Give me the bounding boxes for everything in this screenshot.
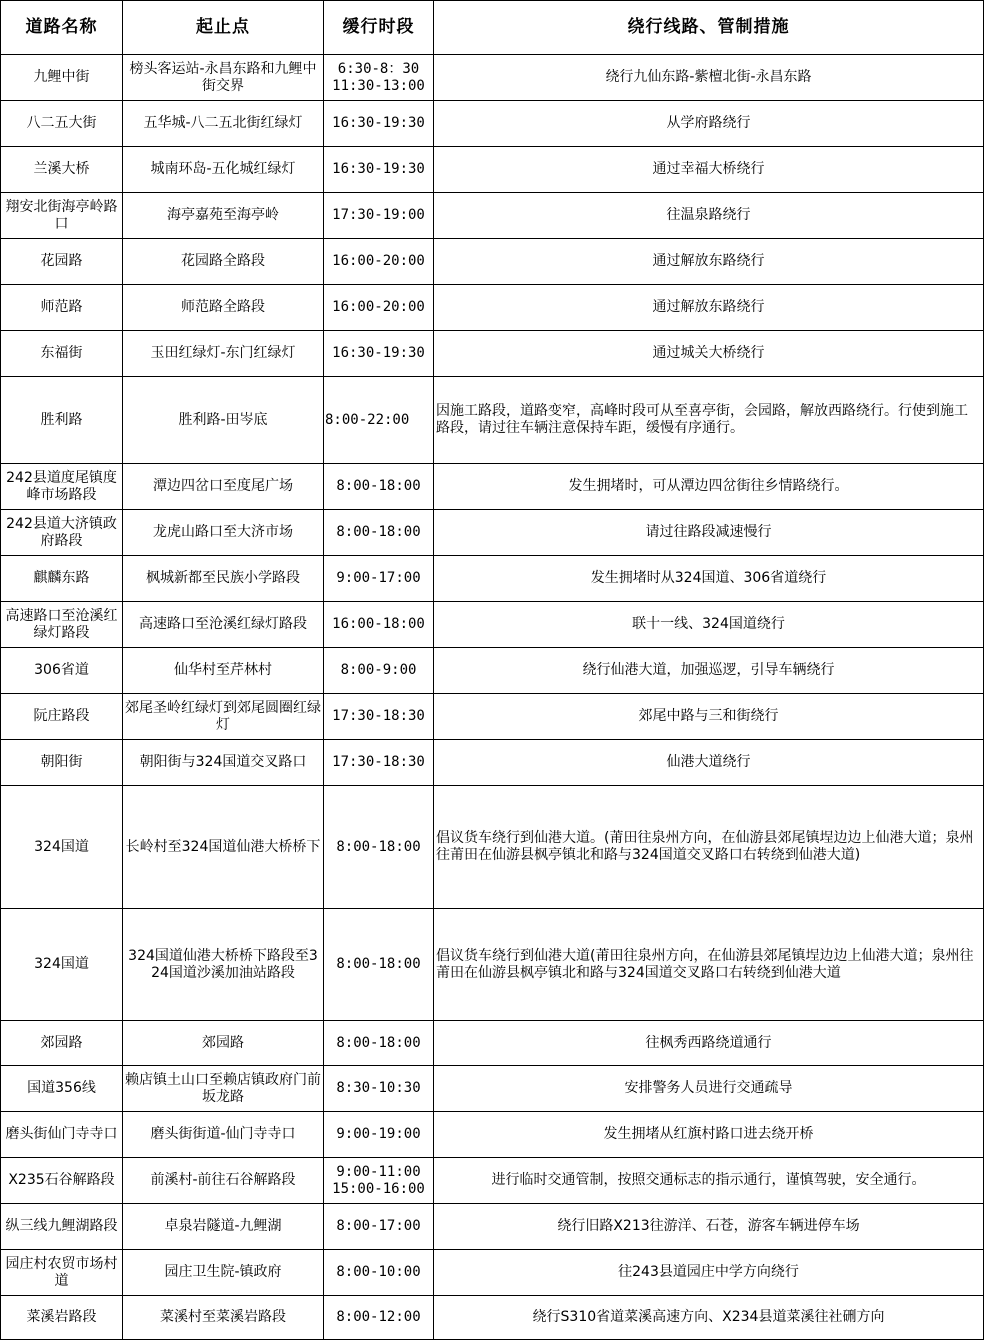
cell-start-end: 郊尾圣岭红绿灯到郊尾圆圈红绿灯 bbox=[123, 694, 324, 740]
cell-slow-period: 8:00-12:00 bbox=[324, 1296, 434, 1340]
cell-detour-measure: 通过城关大桥绕行 bbox=[434, 331, 984, 377]
table-row: 国道356线赖店镇土山口至赖店镇政府门前坂龙路8:30-10:30安排警务人员进… bbox=[1, 1066, 984, 1112]
cell-start-end: 郊园路 bbox=[123, 1021, 324, 1066]
cell-road-name: 高速路口至沧溪红绿灯路段 bbox=[1, 602, 123, 648]
cell-detour-measure: 往枫秀西路绕道通行 bbox=[434, 1021, 984, 1066]
cell-road-name: 郊园路 bbox=[1, 1021, 123, 1066]
cell-detour-measure: 因施工路段，道路变窄，高峰时段可从至喜亭街，会园路，解放西路绕行。行使到施工路段… bbox=[434, 377, 984, 464]
cell-start-end: 324国道仙港大桥桥下路段至324国道沙溪加油站路段 bbox=[123, 909, 324, 1021]
cell-road-name: 242县道度尾镇度峰市场路段 bbox=[1, 464, 123, 510]
cell-detour-measure: 联十一线、324国道绕行 bbox=[434, 602, 984, 648]
cell-detour-measure: 绕行九仙东路-紫檀北街-永昌东路 bbox=[434, 55, 984, 101]
header-road-name: 道路名称 bbox=[1, 1, 123, 55]
table-row: 高速路口至沧溪红绿灯路段高速路口至沧溪红绿灯路段16:00-18:00联十一线、… bbox=[1, 602, 984, 648]
cell-start-end: 园庄卫生院-镇政府 bbox=[123, 1250, 324, 1296]
table-row: X235石谷解路段前溪村-前往石谷解路段9:00-11:00 15:00-16:… bbox=[1, 1158, 984, 1204]
cell-start-end: 赖店镇土山口至赖店镇政府门前坂龙路 bbox=[123, 1066, 324, 1112]
cell-start-end: 胜利路-田岑底 bbox=[123, 377, 324, 464]
cell-road-name: 242县道大济镇政府路段 bbox=[1, 510, 123, 556]
table-row: 242县道大济镇政府路段龙虎山路口至大济市场8:00-18:00请过往路段减速慢… bbox=[1, 510, 984, 556]
cell-detour-measure: 从学府路绕行 bbox=[434, 101, 984, 147]
cell-road-name: 324国道 bbox=[1, 786, 123, 909]
cell-road-name: 306省道 bbox=[1, 648, 123, 694]
cell-detour-measure: 发生拥堵从红旗村路口进去绕开桥 bbox=[434, 1112, 984, 1158]
cell-road-name: 兰溪大桥 bbox=[1, 147, 123, 193]
cell-start-end: 朝阳街与324国道交叉路口 bbox=[123, 740, 324, 786]
cell-road-name: 八二五大街 bbox=[1, 101, 123, 147]
cell-detour-measure: 进行临时交通管制，按照交通标志的指示通行，谨慎驾驶，安全通行。 bbox=[434, 1158, 984, 1204]
cell-detour-measure: 通过解放东路绕行 bbox=[434, 285, 984, 331]
cell-start-end: 枫城新都至民族小学路段 bbox=[123, 556, 324, 602]
table-row: 花园路花园路全路段16:00-20:00通过解放东路绕行 bbox=[1, 239, 984, 285]
table-row: 朝阳街朝阳街与324国道交叉路口17:30-18:30仙港大道绕行 bbox=[1, 740, 984, 786]
table-row: 324国道长岭村至324国道仙港大桥桥下8:00-18:00倡议货车绕行到仙港大… bbox=[1, 786, 984, 909]
cell-road-name: 纵三线九鲤湖路段 bbox=[1, 1204, 123, 1250]
cell-slow-period: 8:30-10:30 bbox=[324, 1066, 434, 1112]
cell-road-name: 国道356线 bbox=[1, 1066, 123, 1112]
cell-detour-measure: 仙港大道绕行 bbox=[434, 740, 984, 786]
traffic-detour-table: 道路名称 起止点 缓行时段 绕行线路、管制措施 九鲤中街榜头客运站-永昌东路和九… bbox=[0, 0, 984, 1340]
cell-slow-period: 16:00-20:00 bbox=[324, 239, 434, 285]
header-slow-period: 缓行时段 bbox=[324, 1, 434, 55]
cell-road-name: 九鲤中街 bbox=[1, 55, 123, 101]
table-row: 306省道仙华村至芹林村8:00-9:00绕行仙港大道，加强巡逻，引导车辆绕行 bbox=[1, 648, 984, 694]
cell-detour-measure: 往温泉路绕行 bbox=[434, 193, 984, 239]
cell-slow-period: 16:30-19:30 bbox=[324, 147, 434, 193]
cell-slow-period: 17:30-19:00 bbox=[324, 193, 434, 239]
cell-slow-period: 17:30-18:30 bbox=[324, 740, 434, 786]
table-row: 242县道度尾镇度峰市场路段潭边四岔口至度尾广场8:00-18:00发生拥堵时，… bbox=[1, 464, 984, 510]
cell-start-end: 菜溪村至菜溪岩路段 bbox=[123, 1296, 324, 1340]
cell-detour-measure: 往243县道园庄中学方向绕行 bbox=[434, 1250, 984, 1296]
cell-start-end: 五华城-八二五北街红绿灯 bbox=[123, 101, 324, 147]
cell-start-end: 磨头街街道-仙门寺寺口 bbox=[123, 1112, 324, 1158]
header-start-end: 起止点 bbox=[123, 1, 324, 55]
table-row: 翔安北街海亭岭路口海亭嘉苑至海亭岭17:30-19:00往温泉路绕行 bbox=[1, 193, 984, 239]
cell-start-end: 卓泉岩隧道-九鲤湖 bbox=[123, 1204, 324, 1250]
cell-road-name: 麒麟东路 bbox=[1, 556, 123, 602]
cell-start-end: 仙华村至芹林村 bbox=[123, 648, 324, 694]
table-row: 九鲤中街榜头客运站-永昌东路和九鲤中街交界6:30-8：30 11:30-13:… bbox=[1, 55, 984, 101]
cell-start-end: 花园路全路段 bbox=[123, 239, 324, 285]
cell-slow-period: 8:00-9:00 bbox=[324, 648, 434, 694]
table-row: 麒麟东路枫城新都至民族小学路段9:00-17:00发生拥堵时从324国道、306… bbox=[1, 556, 984, 602]
cell-road-name: 东福街 bbox=[1, 331, 123, 377]
header-detour-measures: 绕行线路、管制措施 bbox=[434, 1, 984, 55]
cell-slow-period: 8:00-18:00 bbox=[324, 1021, 434, 1066]
cell-detour-measure: 发生拥堵时，可从潭边四岔街往乡情路绕行。 bbox=[434, 464, 984, 510]
cell-start-end: 海亭嘉苑至海亭岭 bbox=[123, 193, 324, 239]
cell-slow-period: 8:00-17:00 bbox=[324, 1204, 434, 1250]
table-row: 东福街玉田红绿灯-东门红绿灯16:30-19:30通过城关大桥绕行 bbox=[1, 331, 984, 377]
cell-road-name: 花园路 bbox=[1, 239, 123, 285]
cell-detour-measure: 郊尾中路与三和街绕行 bbox=[434, 694, 984, 740]
cell-road-name: 磨头街仙门寺寺口 bbox=[1, 1112, 123, 1158]
table-row: 阮庄路段郊尾圣岭红绿灯到郊尾圆圈红绿灯17:30-18:30郊尾中路与三和街绕行 bbox=[1, 694, 984, 740]
cell-start-end: 潭边四岔口至度尾广场 bbox=[123, 464, 324, 510]
table-row: 八二五大街五华城-八二五北街红绿灯16:30-19:30从学府路绕行 bbox=[1, 101, 984, 147]
cell-slow-period: 8:00-18:00 bbox=[324, 909, 434, 1021]
cell-start-end: 高速路口至沧溪红绿灯路段 bbox=[123, 602, 324, 648]
cell-road-name: 朝阳街 bbox=[1, 740, 123, 786]
cell-start-end: 龙虎山路口至大济市场 bbox=[123, 510, 324, 556]
cell-slow-period: 8:00-18:00 bbox=[324, 510, 434, 556]
cell-detour-measure: 绕行S310省道菜溪高速方向、X234县道菜溪往社硎方向 bbox=[434, 1296, 984, 1340]
cell-start-end: 师范路全路段 bbox=[123, 285, 324, 331]
table-row: 兰溪大桥城南环岛-五化城红绿灯16:30-19:30通过幸福大桥绕行 bbox=[1, 147, 984, 193]
table-row: 324国道324国道仙港大桥桥下路段至324国道沙溪加油站路段8:00-18:0… bbox=[1, 909, 984, 1021]
table-row: 园庄村农贸市场村道园庄卫生院-镇政府8:00-10:00往243县道园庄中学方向… bbox=[1, 1250, 984, 1296]
table-row: 胜利路胜利路-田岑底8:00-22:00因施工路段，道路变窄，高峰时段可从至喜亭… bbox=[1, 377, 984, 464]
cell-slow-period: 16:30-19:30 bbox=[324, 101, 434, 147]
table-header-row: 道路名称 起止点 缓行时段 绕行线路、管制措施 bbox=[1, 1, 984, 55]
cell-slow-period: 16:00-20:00 bbox=[324, 285, 434, 331]
cell-slow-period: 9:00-11:00 15:00-16:00 bbox=[324, 1158, 434, 1204]
cell-slow-period: 9:00-19:00 bbox=[324, 1112, 434, 1158]
cell-start-end: 长岭村至324国道仙港大桥桥下 bbox=[123, 786, 324, 909]
cell-road-name: 园庄村农贸市场村道 bbox=[1, 1250, 123, 1296]
cell-detour-measure: 请过往路段减速慢行 bbox=[434, 510, 984, 556]
cell-start-end: 城南环岛-五化城红绿灯 bbox=[123, 147, 324, 193]
table-row: 郊园路郊园路8:00-18:00往枫秀西路绕道通行 bbox=[1, 1021, 984, 1066]
cell-road-name: 菜溪岩路段 bbox=[1, 1296, 123, 1340]
cell-slow-period: 8:00-22:00 bbox=[324, 377, 434, 464]
cell-slow-period: 8:00-10:00 bbox=[324, 1250, 434, 1296]
table-body: 九鲤中街榜头客运站-永昌东路和九鲤中街交界6:30-8：30 11:30-13:… bbox=[1, 55, 984, 1340]
cell-slow-period: 17:30-18:30 bbox=[324, 694, 434, 740]
cell-detour-measure: 通过幸福大桥绕行 bbox=[434, 147, 984, 193]
cell-road-name: X235石谷解路段 bbox=[1, 1158, 123, 1204]
cell-slow-period: 8:00-18:00 bbox=[324, 464, 434, 510]
cell-detour-measure: 发生拥堵时从324国道、306省道绕行 bbox=[434, 556, 984, 602]
cell-slow-period: 8:00-18:00 bbox=[324, 786, 434, 909]
cell-slow-period: 6:30-8：30 11:30-13:00 bbox=[324, 55, 434, 101]
cell-detour-measure: 绕行旧路X213往游洋、石苍，游客车辆进停车场 bbox=[434, 1204, 984, 1250]
cell-slow-period: 16:00-18:00 bbox=[324, 602, 434, 648]
table-row: 纵三线九鲤湖路段卓泉岩隧道-九鲤湖8:00-17:00绕行旧路X213往游洋、石… bbox=[1, 1204, 984, 1250]
cell-detour-measure: 安排警务人员进行交通疏导 bbox=[434, 1066, 984, 1112]
cell-road-name: 胜利路 bbox=[1, 377, 123, 464]
cell-road-name: 翔安北街海亭岭路口 bbox=[1, 193, 123, 239]
cell-start-end: 前溪村-前往石谷解路段 bbox=[123, 1158, 324, 1204]
cell-start-end: 榜头客运站-永昌东路和九鲤中街交界 bbox=[123, 55, 324, 101]
cell-detour-measure: 通过解放东路绕行 bbox=[434, 239, 984, 285]
cell-detour-measure: 倡议货车绕行到仙港大道(莆田往泉州方向，在仙游县郊尾镇埕边边上仙港大道；泉州往莆… bbox=[434, 909, 984, 1021]
table-row: 菜溪岩路段菜溪村至菜溪岩路段8:00-12:00绕行S310省道菜溪高速方向、X… bbox=[1, 1296, 984, 1340]
cell-road-name: 师范路 bbox=[1, 285, 123, 331]
cell-road-name: 阮庄路段 bbox=[1, 694, 123, 740]
table-row: 师范路师范路全路段16:00-20:00通过解放东路绕行 bbox=[1, 285, 984, 331]
cell-slow-period: 16:30-19:30 bbox=[324, 331, 434, 377]
table-row: 磨头街仙门寺寺口磨头街街道-仙门寺寺口9:00-19:00发生拥堵从红旗村路口进… bbox=[1, 1112, 984, 1158]
cell-start-end: 玉田红绿灯-东门红绿灯 bbox=[123, 331, 324, 377]
cell-detour-measure: 倡议货车绕行到仙港大道。(莆田往泉州方向，在仙游县郊尾镇埕边边上仙港大道；泉州往… bbox=[434, 786, 984, 909]
cell-road-name: 324国道 bbox=[1, 909, 123, 1021]
cell-slow-period: 9:00-17:00 bbox=[324, 556, 434, 602]
cell-detour-measure: 绕行仙港大道，加强巡逻，引导车辆绕行 bbox=[434, 648, 984, 694]
